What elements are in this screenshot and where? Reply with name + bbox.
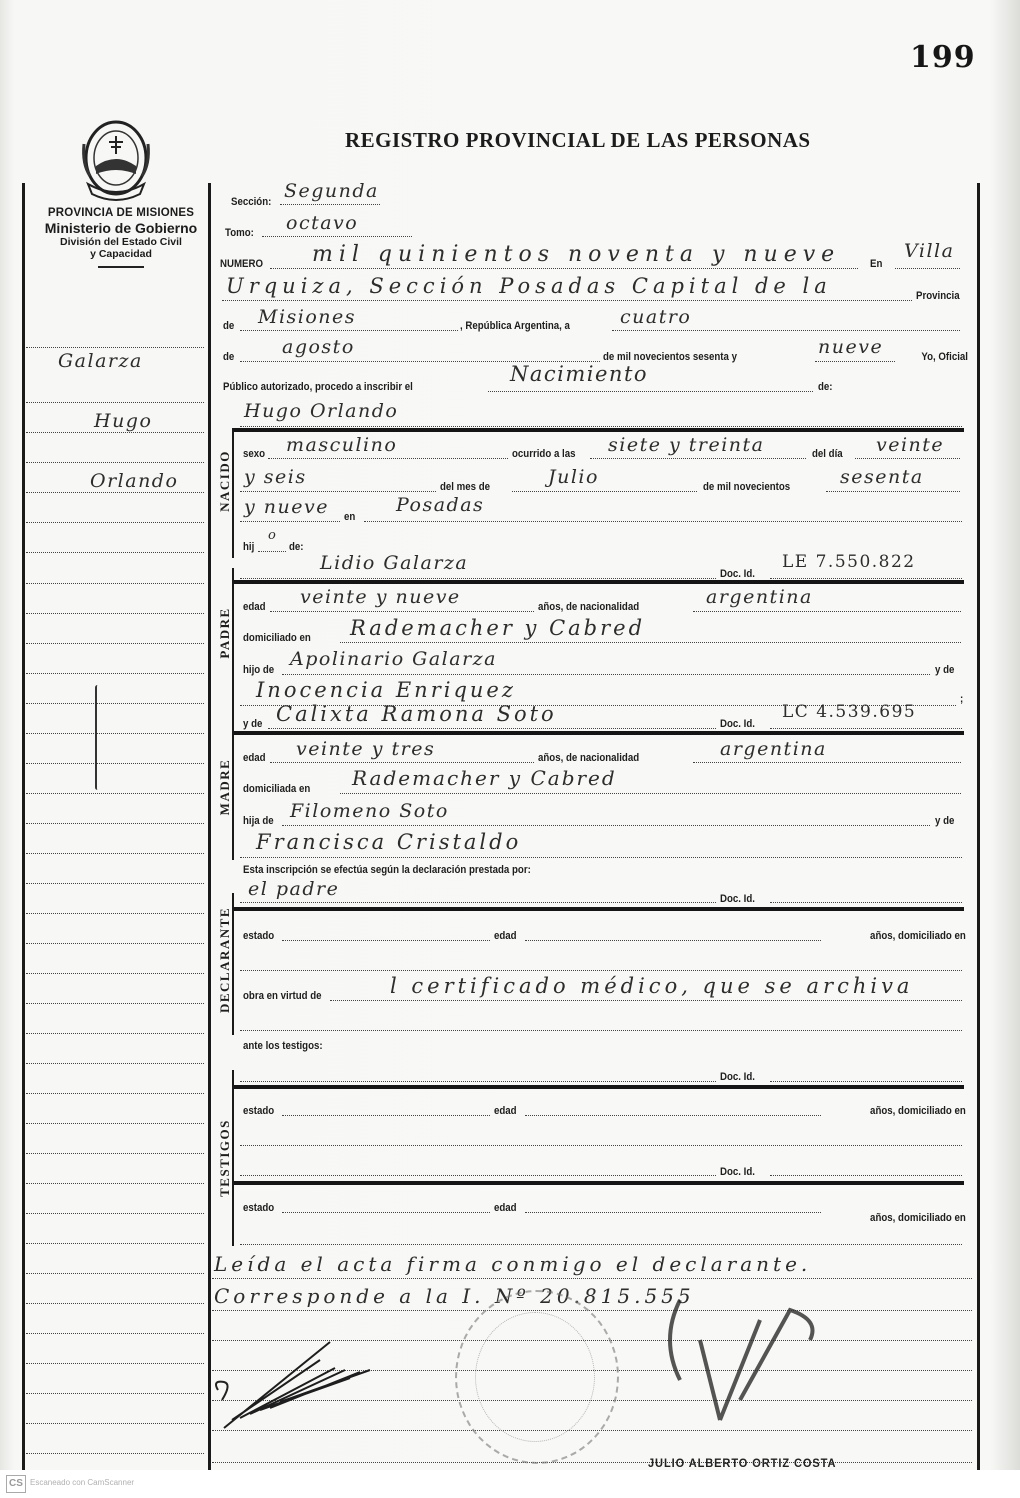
- testigo1-edad-label: edad: [494, 1105, 517, 1117]
- page-number: 199: [910, 40, 976, 75]
- de-label: de: [223, 320, 234, 332]
- document-title: REGISTRO PROVINCIAL DE LAS PERSONAS: [345, 128, 811, 153]
- dia-value: cuatro: [620, 306, 691, 328]
- padre-section-label: PADRE: [217, 598, 233, 668]
- margin-middle-name: Orlando: [90, 470, 178, 492]
- margin-divider: [208, 183, 211, 1470]
- nacido-mes: Julio: [548, 466, 599, 488]
- madre-y-de-label: y de: [935, 815, 954, 827]
- testigo1-doc-label: Doc. Id.: [720, 1071, 755, 1083]
- madre-section-label: MADRE: [217, 752, 233, 822]
- camscanner-watermark: Escaneado con CamScanner: [30, 1478, 134, 1487]
- padre-nacionalidad: argentina: [706, 586, 813, 608]
- section-divider: [234, 907, 964, 911]
- declarante-edad-label: edad: [494, 930, 517, 942]
- issuing-agency: PROVINCIA DE MISIONES Ministerio de Gobi…: [28, 207, 214, 268]
- agency-division: División del Estado Civil: [28, 236, 214, 248]
- madre-doc-label: Doc. Id.: [720, 718, 755, 730]
- domiciliado-label: domiciliado en: [243, 632, 311, 644]
- nacido-dia-1: veinte: [876, 434, 944, 456]
- section-divider: [234, 580, 964, 584]
- tomo-label: Tomo:: [225, 227, 254, 239]
- declarante-section-label: DECLARANTE: [217, 905, 233, 1015]
- edad-label: edad: [243, 601, 266, 613]
- madre-nacionalidad: argentina: [720, 738, 827, 760]
- declarante-por: el padre: [248, 878, 339, 900]
- declarant-signature-icon: [210, 1340, 410, 1440]
- padre-edad: veinte y nueve: [300, 586, 461, 608]
- hijo-de-label: hijo de: [243, 664, 274, 676]
- madre-hija-de-2: Francisca Cristaldo: [256, 830, 521, 854]
- camscanner-logo-icon: CS: [6, 1475, 26, 1493]
- agency-province: PROVINCIA DE MISIONES: [28, 207, 214, 219]
- yo-oficial-label: Yo, Oficial: [921, 351, 968, 363]
- nacido-anio-1: sesenta: [840, 466, 924, 488]
- declarante-doc-label: Doc. Id.: [720, 893, 755, 905]
- nacido-hora: siete y treinta: [608, 434, 765, 456]
- left-margin-border: [22, 183, 25, 1470]
- en-label: En: [870, 258, 882, 270]
- official-name: JULIO ALBERTO ORTIZ COSTA: [648, 1456, 836, 1470]
- seccion-label: Sección:: [231, 196, 271, 208]
- agency-divider: [98, 266, 144, 268]
- nacido-anio-2: y nueve: [244, 496, 329, 518]
- scanner-footer: [0, 1470, 1020, 1498]
- anos-nac-label: años, de nacionalidad: [538, 601, 639, 613]
- testigo1-estado-label: estado: [243, 1105, 274, 1117]
- republica-label: , República Argentina, a: [460, 320, 570, 332]
- declaracion-label: Esta inscripción se efectúa según la dec…: [243, 864, 531, 876]
- ocurrido-label: ocurrido a las: [512, 448, 575, 460]
- acto-value: Nacimiento: [510, 362, 648, 386]
- de-colon-label: de:: [818, 381, 833, 393]
- nacido-dia-2: y seis: [244, 466, 307, 488]
- agency-ministry: Ministerio de Gobierno: [28, 220, 214, 236]
- tomo-value: octavo: [286, 212, 358, 234]
- section-divider: [234, 731, 964, 735]
- sexo-label: sexo: [243, 448, 265, 460]
- domiciliada-label: domiciliada en: [243, 783, 310, 795]
- del-mes-label: del mes de: [440, 481, 490, 493]
- padre-doc-id: LE 7.550.822: [782, 552, 916, 572]
- testigos-section-label: TESTIGOS: [217, 1113, 233, 1203]
- official-signature-icon: [650, 1280, 840, 1450]
- seccion-value: Segunda: [284, 180, 379, 202]
- y-de-madre-label: y de: [243, 718, 262, 730]
- numero-value: mil quinientos noventa y nueve: [312, 242, 840, 267]
- madre-doc-id: LC 4.539.695: [782, 702, 916, 722]
- testigo1-anos-dom-label: años, domiciliado en: [870, 1105, 966, 1117]
- right-border: [977, 183, 980, 1470]
- declarante-obra: l certificado médico, que se archiva: [390, 974, 913, 998]
- padre-doc-label: Doc. Id.: [720, 568, 755, 580]
- anos-dom-label: años, domiciliado en: [870, 930, 966, 942]
- certificate-page: 199 PROVINCIA DE MISIONES Ministerio de …: [0, 0, 1020, 1470]
- del-dia-label: del día: [812, 448, 843, 460]
- semicolon-label: ;: [960, 693, 963, 705]
- obra-label: obra en virtud de: [243, 990, 322, 1002]
- provincia-value: Misiones: [258, 306, 356, 328]
- estado-label: estado: [243, 930, 274, 942]
- testigo2-doc-label: Doc. Id.: [720, 1166, 755, 1178]
- nacido-nombre: Hugo Orlando: [244, 400, 398, 422]
- de-label-2: de: [223, 351, 234, 363]
- section-divider: [234, 1181, 964, 1185]
- madre-domicilio: Rademacher y Cabred: [352, 766, 617, 790]
- anio-value: nueve: [818, 336, 883, 358]
- padre-domicilio: Rademacher y Cabred: [350, 616, 645, 640]
- section-divider: [234, 428, 964, 432]
- hij-suffix: o: [268, 528, 277, 543]
- closing-line-2: Corresponde a la I. Nº 20.815.555: [214, 1284, 695, 1308]
- official-seal-inner-icon: [475, 1312, 595, 1442]
- hij-label: hij: [243, 541, 254, 553]
- madre-edad: veinte y tres: [296, 738, 435, 760]
- padre-hijo-de-1: Apolinario Galarza: [290, 648, 497, 670]
- margin-bracket-mark: [95, 685, 100, 790]
- lugar-value-1: Villa: [904, 240, 954, 262]
- provincia-label: Provincia: [916, 290, 960, 302]
- mes-value: agosto: [282, 336, 355, 358]
- y-de-label: y de: [935, 664, 954, 676]
- madre-nombre: Calixta Ramona Soto: [276, 702, 557, 726]
- margin-surname: Galarza: [58, 350, 143, 372]
- testigo2-estado-label: estado: [243, 1202, 274, 1214]
- province-crest-icon: [78, 114, 154, 202]
- agency-division-2: y Capacidad: [28, 248, 214, 260]
- section-divider: [234, 1085, 964, 1089]
- numero-label: NUMERO: [220, 258, 263, 270]
- closing-line-1: Leída el acta firma conmigo el declarant…: [214, 1252, 811, 1276]
- padre-hijo-de-2: Inocencia Enriquez: [256, 678, 516, 702]
- nacido-section-label: NACIDO: [217, 446, 233, 516]
- publico-label: Público autorizado, procedo a inscribir …: [223, 381, 413, 393]
- madre-edad-label: edad: [243, 752, 266, 764]
- lugar-value-2: Urquiza, Sección Posadas Capital de la: [226, 274, 832, 298]
- en-lower-label: en: [344, 511, 355, 523]
- nacido-lugar: Posadas: [396, 494, 484, 516]
- madre-anos-nac-label: años, de nacionalidad: [538, 752, 639, 764]
- padre-nombre: Lidio Galarza: [320, 552, 468, 574]
- ante-label: ante los testigos:: [243, 1040, 323, 1052]
- madre-hija-de-1: Filomeno Soto: [290, 800, 449, 822]
- hija-de-label: hija de: [243, 815, 274, 827]
- testigo2-edad-label: edad: [494, 1202, 517, 1214]
- de-mil-nov-label: de mil novecientos: [703, 481, 790, 493]
- testigo2-anos-dom-label: años, domiciliado en: [870, 1212, 966, 1224]
- nacido-sexo: masculino: [286, 434, 397, 456]
- margin-first-name: Hugo: [94, 410, 152, 432]
- de-semi-label: de:: [289, 541, 304, 553]
